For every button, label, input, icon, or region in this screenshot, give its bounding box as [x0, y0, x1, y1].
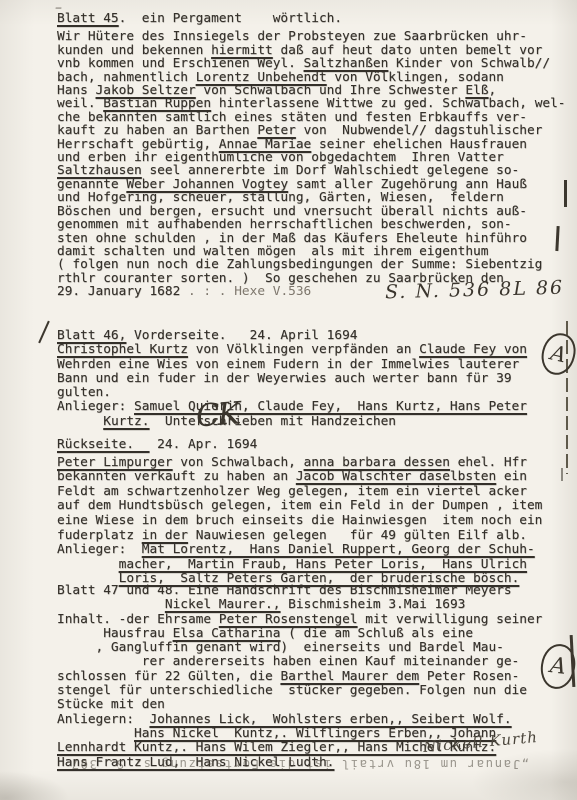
text-segment: Wehrden eine Wies von einem Fudern in de… [57, 357, 519, 372]
text-line: che bekannten samtlich eines stäten und … [57, 111, 566, 124]
handwritten-ck-monogram: CK [195, 396, 240, 435]
section-blatt-46-vorderseite: Blatt 46, Vorderseite. 24. April 1694Chr… [57, 329, 527, 429]
text-segment: bekannten verkauft zu haben an [57, 469, 296, 484]
text-line: Böschen und bergen, ersucht und vnersuch… [57, 205, 566, 218]
text-line: Anlieger: Mat Lorentz, Hans Daniel Ruppe… [57, 543, 542, 558]
underlined-text: Peter Rosenstengel [219, 612, 358, 627]
text-line: genannte Weber Johannen Vogtey samt alle… [57, 178, 566, 191]
text-line: kauft zu haben an Barthen Peter von Nubw… [57, 124, 566, 137]
text-line: , Gangluffin genant wird) einerseits und… [57, 641, 542, 655]
text-segment: Bischmisheim 3.Mai 1693 [280, 597, 465, 612]
text-line: Hausfrau Elsa Catharina ( die am Schluß … [57, 627, 542, 641]
text-segment: Stücke mit den [57, 697, 165, 712]
text-segment: Nauwiesen gelegen für 49 gülten Eilf alb… [188, 528, 527, 543]
text-line: eine Wiese in dem bruch einseits die Hai… [57, 514, 542, 529]
text-segment: . : . Hexe V.536 [180, 284, 311, 299]
text-segment: Peter Rosen- [419, 669, 519, 684]
circled-a-letter: A [548, 341, 568, 368]
text-segment: Bann und ein fuder in der Weyerwies auch… [57, 371, 512, 386]
text-segment: , Gangluffin genant wird) einerseits und… [57, 640, 504, 655]
underlined-text: anna barbara dessen [304, 455, 450, 470]
section-blatt-45: Blatt 45. ein Pergament wörtlich.Wir Hüt… [57, 12, 566, 299]
text-line: Herrschaft gebürtig, Annae Mariae seiner… [57, 138, 566, 151]
underlined-text: Christophel Kurtz [57, 342, 188, 357]
text-segment: schlossen für 22 Gülten, die [57, 669, 280, 684]
text-segment [57, 414, 103, 429]
underlined-text: Mat Lorentz, Hans Daniel Ruppert, Georg … [142, 542, 535, 557]
text-line: ( folgen nun noch die Zahlungsbedingunge… [57, 258, 566, 271]
text-segment: Hausfrau [57, 626, 173, 641]
text-line: Anliegern: Johannes Lick, Wohlsters erbe… [57, 713, 542, 727]
margin-tick-mark [561, 468, 563, 481]
text-line: rer andererseits haben einen Kauf mitein… [57, 655, 542, 669]
text-line: fuderplatz in der Nauwiesen gelegen für … [57, 529, 542, 544]
text-segment: Anliegern: [57, 712, 149, 727]
text-line: Hans Jakob Seltzer von Schwalbach und Ih… [57, 84, 566, 97]
text-line: Kurtz. Unterschrieben mit Handzeichen [57, 415, 527, 429]
text-segment: stengel für unterschiedliche stücker geg… [57, 683, 527, 698]
underlined-text: Elsa Catharina [173, 626, 281, 641]
text-segment: ehel. Hfr [450, 455, 527, 470]
corner-dash-mark: – [55, 0, 62, 16]
text-line: Wir Hütere des Innsiegels der Probsteyen… [57, 30, 566, 43]
underlined-text: Rückseite. [57, 437, 149, 452]
document-page: Blatt 45. ein Pergament wörtlich.Wir Hüt… [0, 0, 577, 800]
text-line: macher, Martin Fraub, Hans Peter Loris, … [57, 558, 542, 573]
text-segment: Unterschrieben mit Handzeichen [149, 414, 396, 429]
underlined-text: Nickel Maurer., [165, 597, 281, 612]
text-line: kunden und bekennen hiermitt daß auf heu… [57, 44, 566, 57]
text-line: und erben ihr eigenthümliche von obgedac… [57, 151, 566, 164]
text-line: Feldt am schwartzenholzer Weg gelegen, i… [57, 485, 542, 500]
text-line: Stücke mit den [57, 698, 542, 712]
text-segment: Anlieger: [57, 399, 134, 414]
text-segment: . ein Pergament wörtlich. [119, 11, 342, 26]
handwritten-archive-number: S. N. 536 8L 86 [385, 277, 565, 304]
text-segment [57, 597, 165, 612]
underlined-text: Jacob Walschter daselbsten [296, 469, 496, 484]
text-line: Inhalt. -der Ehrsame Peter Rosenstengel … [57, 613, 542, 627]
text-segment: mit verwilligung seiner [357, 612, 542, 627]
margin-tick-mark [564, 180, 567, 207]
text-line: stengel für unterschiedliche stücker geg… [57, 684, 542, 698]
text-line: Nickel Maurer., Bischmisheim 3.Mai 1693 [57, 598, 542, 612]
text-line: Blatt 45. ein Pergament wörtlich. [57, 12, 566, 25]
text-segment: fuderplatz [57, 528, 142, 543]
underlined-text: Blatt 45 [57, 11, 119, 26]
text-line: sten ohne schulden , in der Maß das Käuf… [57, 232, 566, 245]
underlined-text: Barthel Maurer dem [280, 669, 419, 684]
text-line: und Hofgering, scheuer, stallung, Gärten… [57, 191, 566, 204]
upside-down-footer-note: „Januar um 18u vrtail ist die Fortsetzun… [70, 757, 529, 771]
text-line: weil. Bastian Ruppen hinterlassene Wittw… [57, 97, 566, 110]
text-line: Wehrden eine Wies von einem Fudern in de… [57, 358, 527, 372]
text-line: Christophel Kurtz von Völklingen verpfän… [57, 343, 527, 357]
text-line: Anlieger: Samuel Quierin, Claude Fey, Ha… [57, 400, 527, 414]
underlined-text: Johannes Lick, Wohlsters erben,, Seibert… [149, 712, 511, 727]
text-line: damit schalten und walten mögen als mit … [57, 245, 566, 258]
circled-a-letter: A [549, 653, 568, 680]
text-segment [57, 557, 119, 572]
text-line: bekannten verkauft zu haben an Jacob Wal… [57, 470, 542, 485]
text-segment: 29. January 1682 [57, 284, 180, 299]
text-segment: ( die am Schluß als eine [280, 626, 473, 641]
text-segment: ein [496, 469, 527, 484]
text-segment: eine Wiese in dem bruch einseits die Hai… [57, 513, 542, 528]
text-line: genommen mit aufhabenden herrschaftliche… [57, 218, 566, 231]
text-segment: Anlieger: [57, 542, 142, 557]
text-line: auf dem Hundtsbüsch gelegen, item ein Fe… [57, 499, 542, 514]
text-segment: Inhalt. -der Ehrsame [57, 612, 219, 627]
underlined-text: in der [142, 528, 188, 543]
underlined-text: Blatt 46, [57, 328, 126, 343]
text-line: Rückseite. 24. Apr. 1694 [57, 438, 542, 453]
underlined-text: Claude Fey von [419, 342, 527, 357]
text-segment: auf dem Hundtsbüsch gelegen, item ein Fe… [57, 498, 542, 513]
text-line: Blatt 47 und 48. Eine Handschrift des Bi… [57, 584, 542, 598]
text-line: Bann und ein fuder in der Weyerwies auch… [57, 372, 527, 386]
text-line: Peter Limpurger von Schwalbach, anna bar… [57, 456, 542, 471]
text-segment: Feldt am schwartzenholzer Weg gelegen, i… [57, 484, 527, 499]
text-segment: Blatt 47 und 48. Eine Handschrift des Bi… [57, 583, 512, 598]
underlined-text: Kurtz. [103, 414, 149, 429]
text-line: Saltzhausen seel annererbte im Dorf Wahl… [57, 164, 566, 177]
text-segment: gulten. [57, 385, 111, 400]
text-line: schlossen für 22 Gülten, die Barthel Mau… [57, 670, 542, 684]
text-line: gulten. [57, 386, 527, 400]
text-line: Blatt 46, Vorderseite. 24. April 1694 [57, 329, 527, 343]
text-segment: rer andererseits haben einen Kauf mitein… [57, 654, 519, 669]
text-segment: 24. Apr. 1694 [149, 437, 257, 452]
text-line: bach, nahmentlich Lorentz Unbehendt von … [57, 71, 566, 84]
underlined-text: Samuel Quierin, Claude Fey, Hans Kurtz, … [134, 399, 527, 414]
text-segment: von Schwalbach, [173, 455, 304, 470]
underlined-text: Peter Limpurger [57, 455, 173, 470]
typewritten-text-layer: Blatt 45. ein Pergament wörtlich.Wir Hüt… [0, 0, 577, 800]
text-segment: von Völklingen verpfänden an [188, 342, 419, 357]
text-segment [57, 726, 134, 741]
underlined-text: macher, Martin Fraub, Hans Peter Loris, … [119, 557, 527, 572]
text-line: vnb kommen und Erschienen Weyl. Saltzhan… [57, 57, 566, 70]
text-segment: Vorderseite. 24. April 1694 [126, 328, 357, 343]
section-rueckseite: Rückseite. 24. Apr. 1694Peter Limpurger … [57, 438, 542, 587]
